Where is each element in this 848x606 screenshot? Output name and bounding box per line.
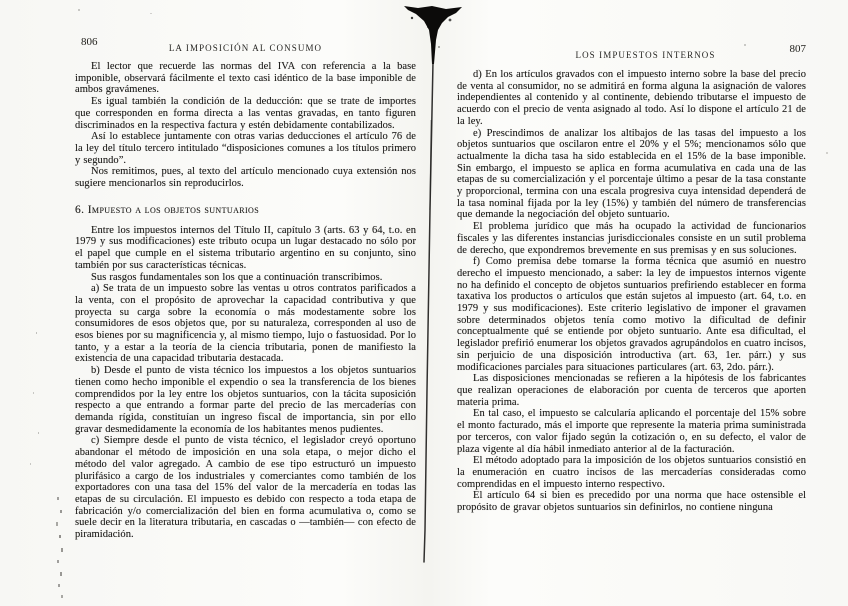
paragraph: Las disposiciones mencionadas se refiere…: [457, 373, 806, 408]
paragraph: El problema jurídico que más ha ocupado …: [457, 221, 806, 256]
paragraph: c) Siempre desde el punto de vista técni…: [75, 435, 416, 540]
paragraph: Es igual también la condición de la dedu…: [75, 96, 416, 131]
running-header-left: LA IMPOSICIÓN AL CONSUMO: [169, 43, 322, 53]
paragraph: Sus rasgos fundamentales son los que a c…: [75, 272, 416, 284]
left-page-header: 806 LA IMPOSICIÓN AL CONSUMO: [75, 38, 416, 52]
right-page-header: LOS IMPUESTOS INTERNOS 807: [457, 45, 806, 59]
left-page: 806 LA IMPOSICIÓN AL CONSUMO El lector q…: [75, 0, 416, 541]
paragraph: El lector que recuerde las normas del IV…: [75, 61, 416, 96]
paragraph: Nos remitimos, pues, al texto del artícu…: [75, 166, 416, 189]
left-page-text: El lector que recuerde las normas del IV…: [75, 61, 416, 541]
paragraph: b) Desde el punto de vista técnico los i…: [75, 365, 416, 435]
paragraph: f) Como premisa debe tomarse la forma té…: [457, 256, 806, 373]
paragraph: Entre los impuestos internos del Título …: [75, 225, 416, 272]
running-header-right: LOS IMPUESTOS INTERNOS: [575, 50, 715, 60]
paragraph: d) En los artículos gravados con el impu…: [457, 69, 806, 128]
right-page-text: d) En los artículos gravados con el impu…: [457, 69, 806, 514]
paragraph: Así lo establece juntamente con otras va…: [75, 131, 416, 166]
paragraph: El método adoptado para la imposición de…: [457, 455, 806, 490]
paragraph: En tal caso, el impuesto se calcularía a…: [457, 408, 806, 455]
paragraph: El artículo 64 si bien es precedido por …: [457, 490, 806, 513]
section-heading: 6. Impuesto a los objetos suntuarios: [75, 204, 416, 216]
page-number-left: 806: [81, 36, 98, 48]
page-number-right: 807: [790, 43, 807, 55]
right-page: LOS IMPUESTOS INTERNOS 807 d) En los art…: [457, 0, 806, 514]
paragraph: e) Prescindimos de analizar los altibajo…: [457, 128, 806, 222]
paragraph: a) Se trata de un impuesto sobre las ven…: [75, 283, 416, 365]
